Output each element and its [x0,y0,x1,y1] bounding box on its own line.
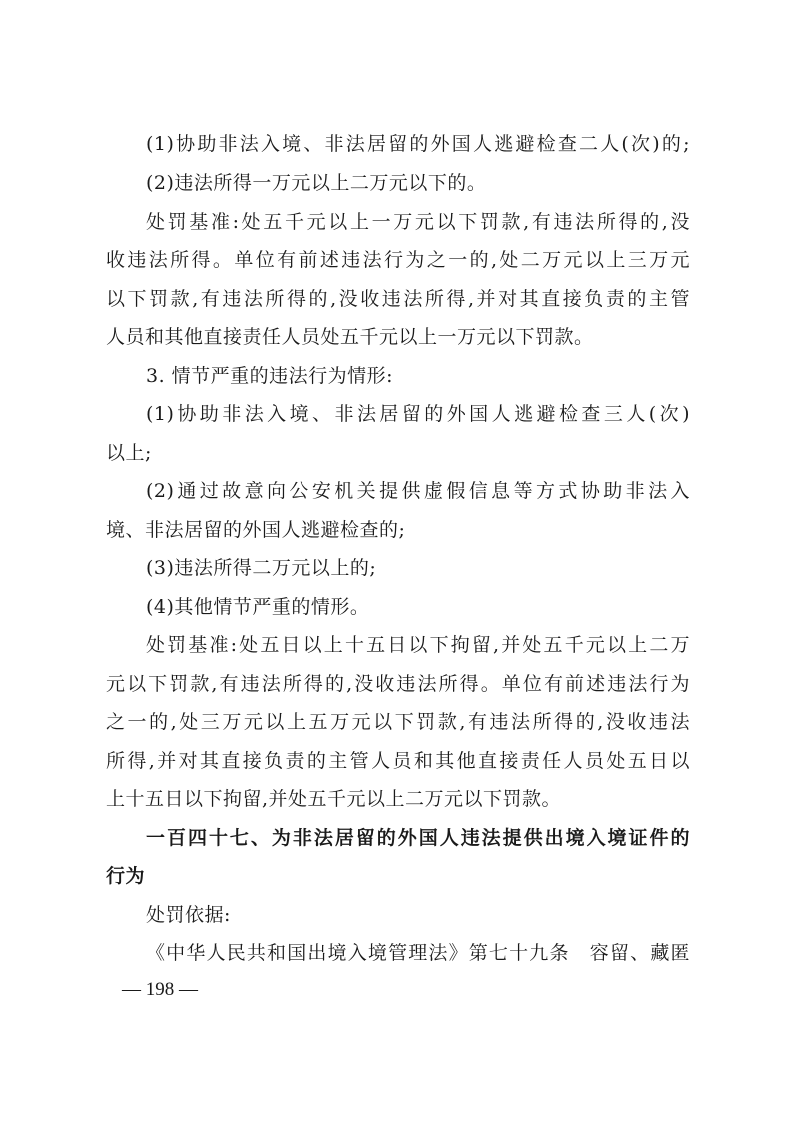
page-number: — 198 — [122,978,198,1002]
text-line: 所得,并对其直接负责的主管人员和其他直接责任人员处五日以 [106,749,690,773]
text-line: 元以下罚款,有违法所得的,没收违法所得。单位有前述违法行为 [106,672,690,696]
text-line: 以下罚款,有违法所得的,没收违法所得,并对其直接负责的主管 [106,287,690,311]
section-heading-line: 行为 [106,864,690,888]
text-line: 之一的,处三万元以上五万元以下罚款,有违法所得的,没收违法 [106,710,690,734]
text-line: (1)协助非法入境、非法居留的外国人逃避检查三人(次) [146,402,690,426]
text-line: 《中华人民共和国出境入境管理法》第七十九条 容留、藏匿 [146,941,690,965]
text-line: (2)违法所得一万元以上二万元以下的。 [146,171,690,195]
text-line: 处罚基准:处五日以上十五日以下拘留,并处五千元以上二万 [146,633,690,657]
text-line: (2)通过故意向公安机关提供虚假信息等方式协助非法入 [146,479,690,503]
text-line: 上十五日以下拘留,并处五千元以上二万元以下罚款。 [106,787,690,811]
text-line: 处罚基准:处五千元以上一万元以下罚款,有违法所得的,没 [146,210,690,234]
text-line: 处罚依据: [146,903,690,927]
section-heading-line: 一百四十七、为非法居留的外国人违法提供出境入境证件的 [146,826,690,850]
text-line: 收违法所得。单位有前述违法行为之一的,处二万元以上三万元 [106,248,690,272]
text-line: 以上; [106,441,690,465]
text-line: 3. 情节严重的违法行为情形: [146,364,690,388]
text-line: (3)违法所得二万元以上的; [146,556,690,580]
document-page: (1)协助非法入境、非法居留的外国人逃避检查二人(次)的;(2)违法所得一万元以… [0,0,793,1122]
text-line: 人员和其他直接责任人员处五千元以上一万元以下罚款。 [106,325,690,349]
text-line: (4)其他情节严重的情形。 [146,595,690,619]
text-line: (1)协助非法入境、非法居留的外国人逃避检查二人(次)的; [146,132,690,156]
text-line: 境、非法居留的外国人逃避检查的; [106,518,690,542]
